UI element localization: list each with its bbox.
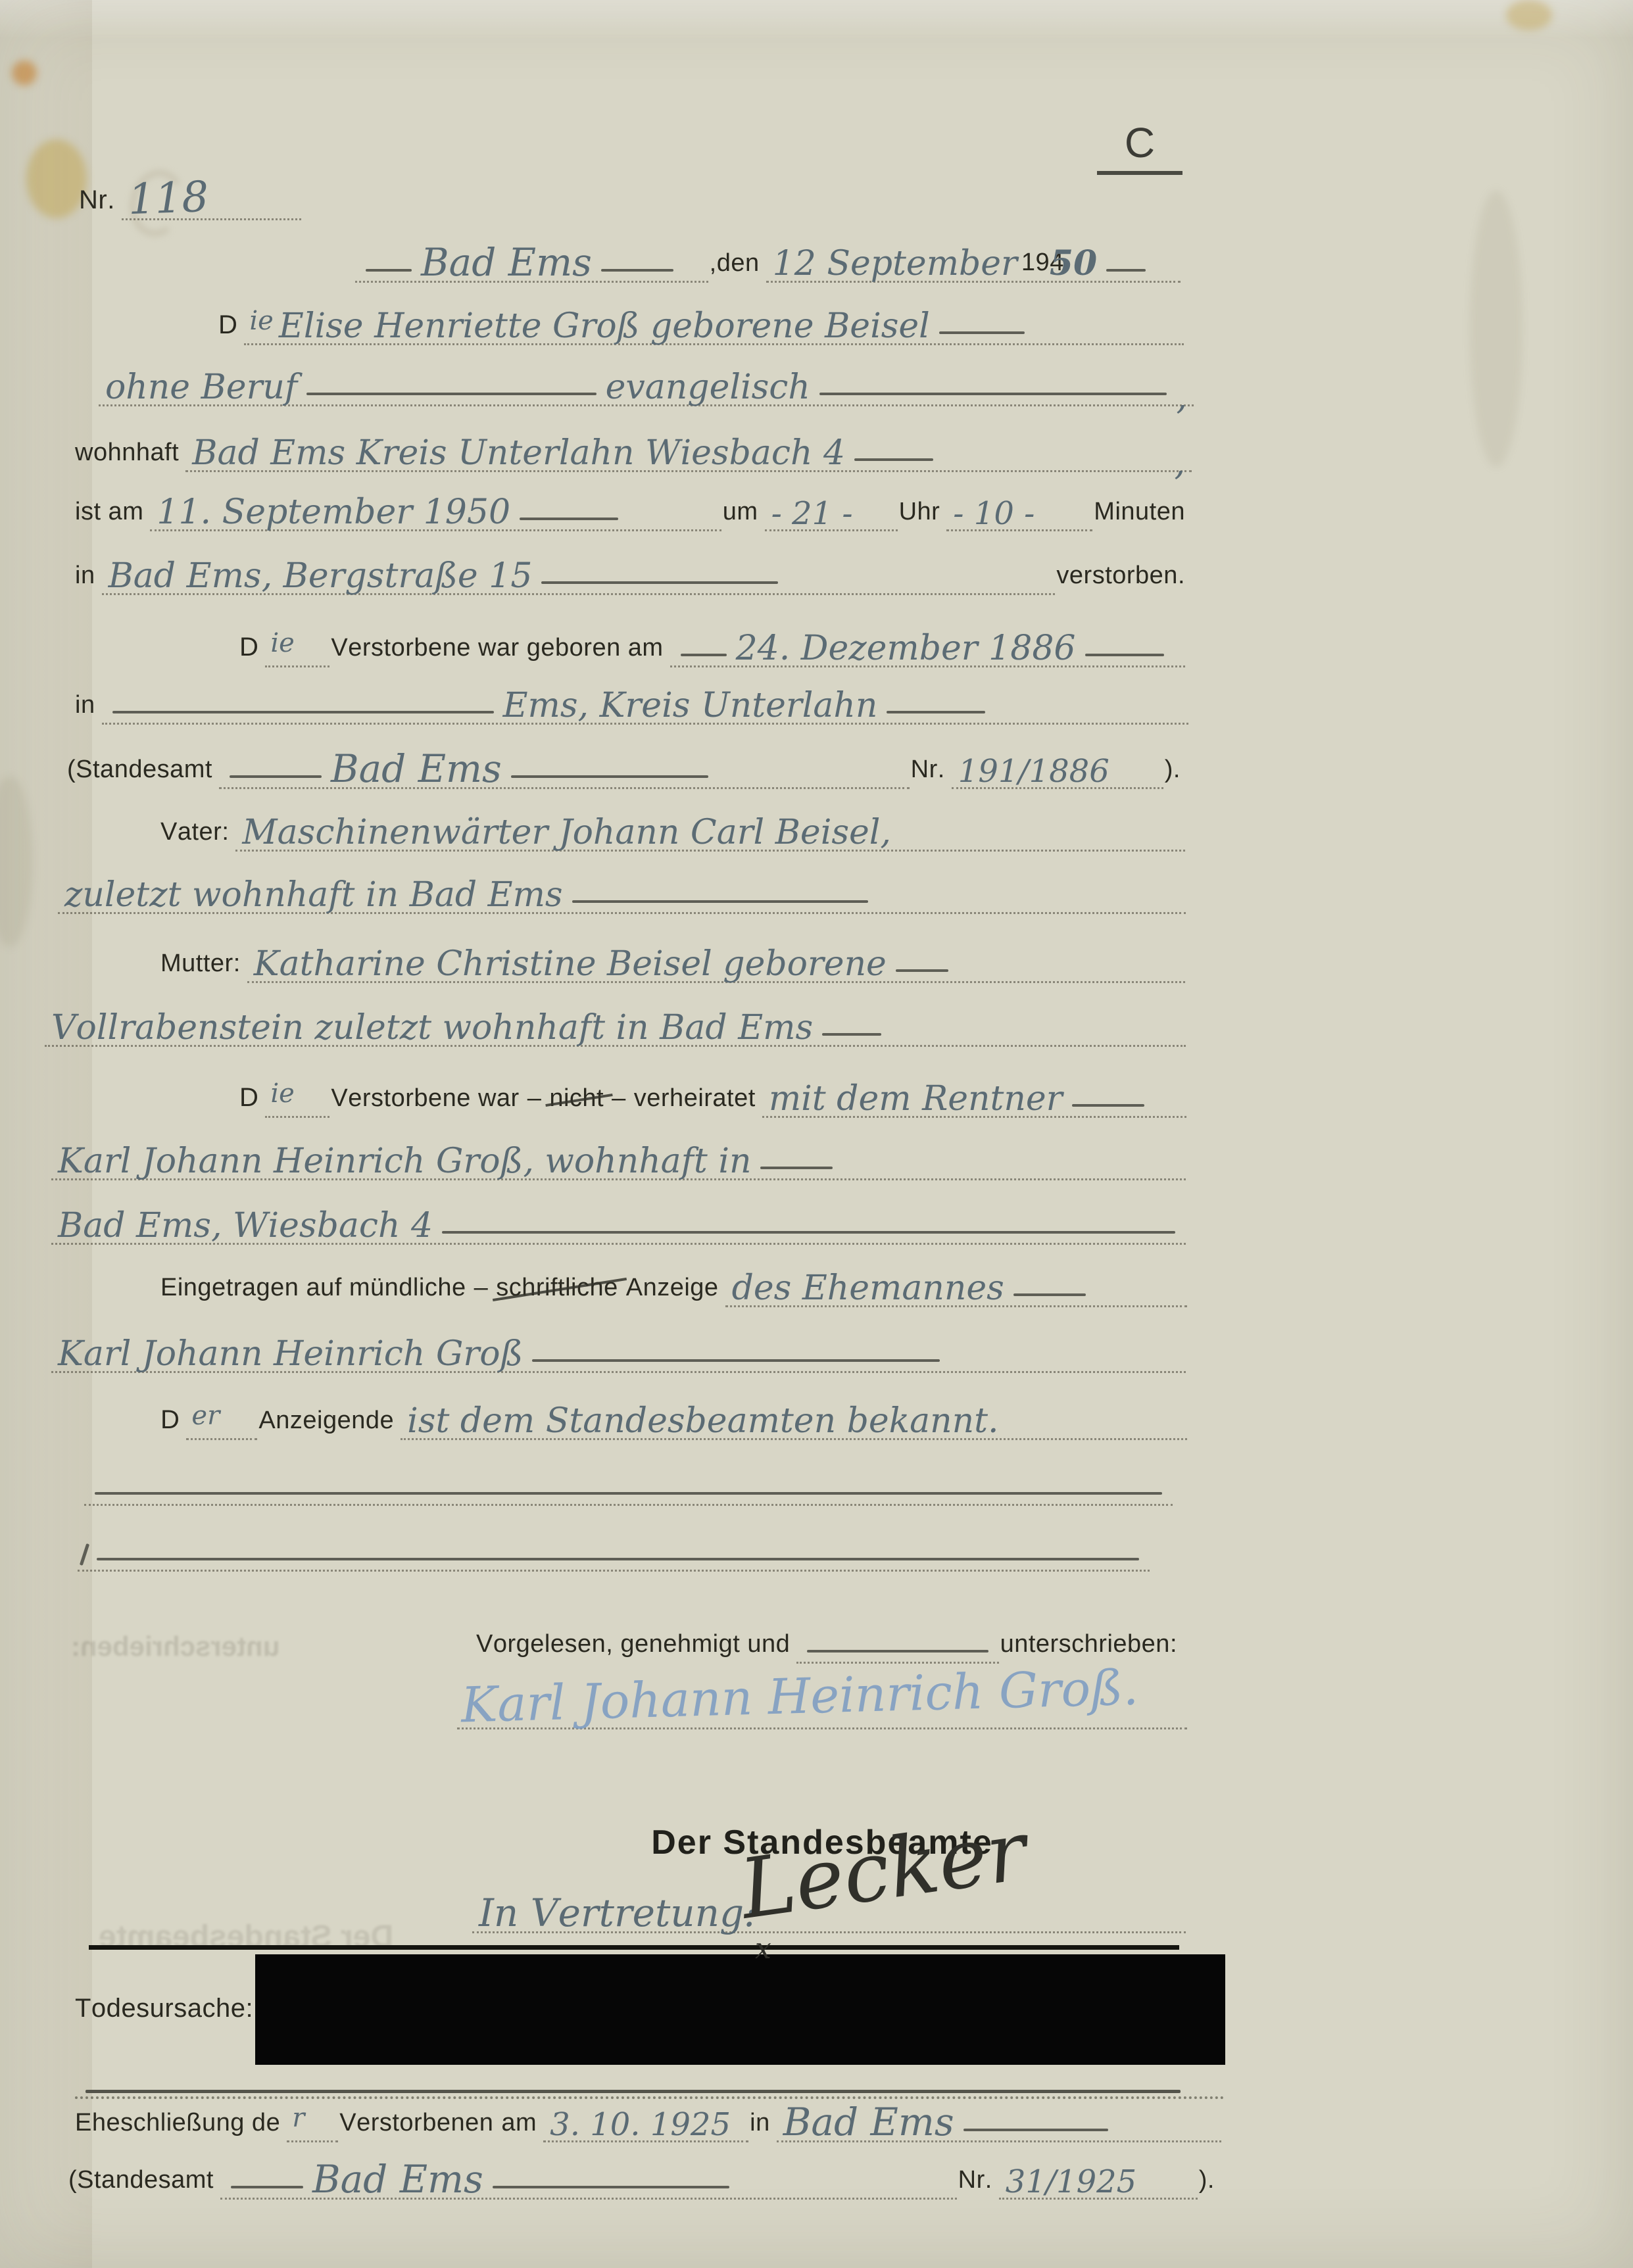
article-printed: D [217, 310, 244, 345]
paper-stain [1506, 0, 1552, 30]
uhr-label: Uhr [898, 498, 947, 531]
standesamt-open-label: (Standesamt [66, 756, 219, 789]
born-on-label: Verstorbene war geboren am [329, 634, 670, 667]
birth-place-value: Ems, Kreis Unterlahn [500, 690, 881, 723]
paper-stain [1470, 191, 1523, 467]
verstorben-label: verstorben. [1055, 562, 1192, 595]
father-line: Vater: Maschinenwärter Johann Carl Beise… [159, 799, 1185, 852]
pen-stroke [822, 1033, 881, 1036]
form-corner-letter: C [1097, 118, 1182, 175]
residence-label: wohnhaft [74, 439, 185, 472]
pen-stroke [306, 393, 596, 395]
den-label: ,den [708, 249, 766, 283]
registry-number-value: 31/1925 [1003, 2168, 1139, 2198]
deceased-name: Elise Henriette Groß geborene Beisel [276, 311, 933, 343]
marriage-place-value: Bad Ems [781, 2105, 957, 2140]
record-number-value: 118 [125, 179, 212, 220]
father-residence-value: zuletzt wohnhaft in Bad Ems [62, 880, 566, 912]
pen-tick-mark [80, 1543, 89, 1566]
article-printed: D [238, 1083, 265, 1118]
minuten-label: Minuten [1092, 498, 1192, 531]
comma-mark: , [1173, 383, 1190, 415]
birth-place-line: in Ems, Kreis Unterlahn [74, 672, 1188, 725]
in-label: in [74, 691, 102, 725]
pen-stroke [442, 1231, 1175, 1234]
close-paren-label: ). [1198, 2166, 1221, 2200]
residence-line: wohnhaft Bad Ems Kreis Unterlahn Wiesbac… [74, 420, 1192, 472]
pen-stroke [112, 711, 494, 713]
spouse-residence-line: Bad Ems, Wiesbach 4 [51, 1192, 1186, 1245]
nr-label: Nr. [910, 756, 952, 789]
death-datetime-line: ist am 11. September 1950 um - 21 - Uhr … [74, 479, 1192, 531]
occupation-religion-line: ohne Beruf evangelisch , [99, 354, 1194, 406]
pen-stroke [97, 1558, 1139, 1560]
pen-stroke [532, 1359, 940, 1362]
pen-stroke [230, 775, 322, 778]
redaction-bar [255, 1954, 1225, 2065]
pen-stroke [601, 269, 673, 272]
father-residence-line: zuletzt wohnhaft in Bad Ems [58, 861, 1186, 914]
death-register-scan: unterschrieben: Der Standesbeamte C Nr. … [0, 0, 1633, 2268]
am-label: am [500, 2109, 543, 2142]
standesamt-open-label: (Standesamt [67, 2166, 220, 2200]
registry-number-value: 191/1886 [956, 758, 1112, 787]
article-handwritten: er [190, 1404, 222, 1438]
residence-value: Bad Ems Kreis Unterlahn Wiesbach 4 [189, 438, 848, 470]
pen-stroke [231, 2186, 303, 2188]
death-date-value: 11. September 1950 [154, 497, 513, 529]
verstorbenen-label: Verstorbenen [338, 2109, 500, 2142]
mother-value: Katharine Christine Beisel geborene [251, 949, 889, 981]
death-minute-value: - 10 - [950, 500, 1037, 529]
comma-mark: , [1171, 448, 1188, 481]
um-label: um [721, 498, 765, 531]
pen-stroke [1072, 1104, 1144, 1107]
article-printed: D [159, 1405, 186, 1440]
article-handwritten: r [291, 2106, 307, 2140]
nicht-label-struck: nicht [548, 1084, 610, 1118]
deceased-name-line: D ie Elise Henriette Groß geborene Beise… [217, 293, 1184, 345]
pen-stroke [896, 969, 948, 972]
dash-printed: – [526, 1084, 548, 1118]
informant-name-value: Karl Johann Heinrich Groß [55, 1339, 525, 1371]
separator-line [89, 1945, 1179, 1950]
mother-label: Mutter: [159, 950, 247, 983]
registry-office-value: Bad Ems [328, 752, 504, 787]
pen-stroke [963, 2129, 1108, 2131]
marriage-label: Eheschließung de [74, 2109, 287, 2142]
marriage-date-value: 3. 10. 1925 [547, 2111, 733, 2140]
close-paren-label: ). [1163, 756, 1187, 789]
article-handwritten: ie [269, 631, 297, 665]
pen-stroke [807, 1650, 988, 1653]
anzeige-label: Anzeige [625, 1274, 725, 1307]
pen-stroke [760, 1167, 833, 1169]
paper-stain [12, 60, 37, 85]
death-place-line: in Bad Ems, Bergstraße 15 verstorben. [74, 543, 1192, 595]
date-value: 12 September [770, 249, 1020, 281]
pen-stroke [520, 518, 618, 520]
ist-am-label: ist am [74, 498, 150, 531]
blank-ruled-line [78, 1519, 1150, 1572]
record-number-line: Nr. 118 [78, 168, 301, 220]
registrar-signature-mark: x [755, 1932, 771, 1966]
place-value: Bad Ems [418, 245, 595, 281]
birth-date-value: 24. Dezember 1886 [733, 633, 1079, 665]
birth-registry-line: (Standesamt Bad Ems Nr. 191/1886 ). [66, 736, 1187, 789]
pen-stroke [854, 458, 933, 461]
deputy-prefix: In Vertretung: [476, 1896, 760, 1931]
husband-signature: Karl Johann Heinrich Groß. [460, 1660, 1139, 1737]
occupation-value: ohne Beruf [103, 372, 300, 404]
blank-ruled-line [84, 1453, 1173, 1506]
article-handwritten: ie [248, 309, 276, 343]
marital-status-line: D ie Verstorbene war – nicht – verheirat… [238, 1065, 1186, 1118]
pen-stroke [95, 1492, 1162, 1495]
pen-stroke [681, 654, 727, 656]
pen-stroke [819, 393, 1167, 395]
pen-stroke [572, 900, 868, 903]
registered-label: Eingetragen auf mündliche [159, 1274, 473, 1307]
notice-by-value: des Ehemannes [729, 1273, 1007, 1305]
married-label: verheiratet [633, 1084, 762, 1118]
pen-stroke [1085, 654, 1164, 656]
anzeigende-label: Anzeigende [257, 1407, 401, 1440]
in-label: in [74, 562, 102, 595]
record-number-label: Nr. [78, 185, 122, 220]
pen-stroke [511, 775, 708, 778]
dash-printed: – [473, 1274, 495, 1307]
informant-known-line: D er Anzeigende ist dem Standesbeamten b… [159, 1387, 1187, 1440]
notice-line: Eingetragen auf mündliche – schriftliche… [159, 1255, 1187, 1307]
dash-printed: – [610, 1084, 633, 1118]
pen-stroke [1013, 1293, 1086, 1296]
nr-label: Nr. [957, 2166, 999, 2200]
death-place-value: Bad Ems, Bergstraße 15 [106, 561, 535, 593]
known-statement-value: ist dem Standesbeamten bekannt. [404, 1406, 1001, 1438]
marriage-registry-line: (Standesamt Bad Ems Nr. 31/1925 ). [67, 2147, 1221, 2200]
pen-stroke [939, 331, 1025, 334]
year-handwritten: 50 [1047, 249, 1100, 281]
pen-stroke [1106, 269, 1146, 272]
paper-top-light [0, 0, 1633, 38]
article-handwritten: ie [269, 1082, 297, 1116]
mother-residence-value: Vollrabenstein zuletzt wohnhaft in Bad E… [49, 1013, 816, 1045]
spouse-name-line: Karl Johann Heinrich Groß, wohnhaft in [51, 1128, 1186, 1180]
pen-stroke [887, 711, 985, 713]
place-date-line: Bad Ems ,den 12 September 194 50 [355, 230, 1181, 283]
registry-office-value: Bad Ems [310, 2162, 486, 2198]
pen-stroke [493, 2186, 729, 2188]
spouse-name-value: Karl Johann Heinrich Groß, wohnhaft in [55, 1146, 754, 1178]
paper-stain [0, 776, 33, 947]
cause-of-death-label: Todesursache: [74, 1994, 260, 2029]
mother-line: Mutter: Katharine Christine Beisel gebor… [159, 930, 1185, 983]
in-label: in [748, 2109, 777, 2142]
pen-stroke [366, 269, 412, 272]
father-value: Maschinenwärter Johann Carl Beisel, [239, 817, 894, 850]
spouse-residence-value: Bad Ems, Wiesbach 4 [55, 1211, 435, 1243]
pen-stroke [541, 581, 778, 584]
article-printed: D [238, 633, 265, 667]
death-hour-value: - 21 - [769, 500, 856, 529]
father-label: Vater: [159, 818, 235, 852]
was-label: Verstorbene war [329, 1084, 525, 1118]
bleed-through-text: unterschrieben: [71, 1631, 280, 1662]
spouse-intro-value: mit dem Rentner [766, 1084, 1065, 1116]
schriftliche-label-struck: schriftliche [495, 1274, 625, 1307]
approval-line: Vorgelesen, genehmigt und unterschrieben… [475, 1611, 1184, 1664]
informant-name-line: Karl Johann Heinrich Groß [51, 1320, 1186, 1373]
religion-value: evangelisch [603, 372, 813, 404]
birth-date-line: D ie Verstorbene war geboren am 24. Deze… [238, 615, 1185, 667]
marriage-line: Eheschließung de r Verstorbenen am 3. 10… [74, 2090, 1221, 2142]
husband-signature-line: Karl Johann Heinrich Groß. [457, 1657, 1187, 1729]
mother-residence-line: Vollrabenstein zuletzt wohnhaft in Bad E… [45, 994, 1186, 1047]
